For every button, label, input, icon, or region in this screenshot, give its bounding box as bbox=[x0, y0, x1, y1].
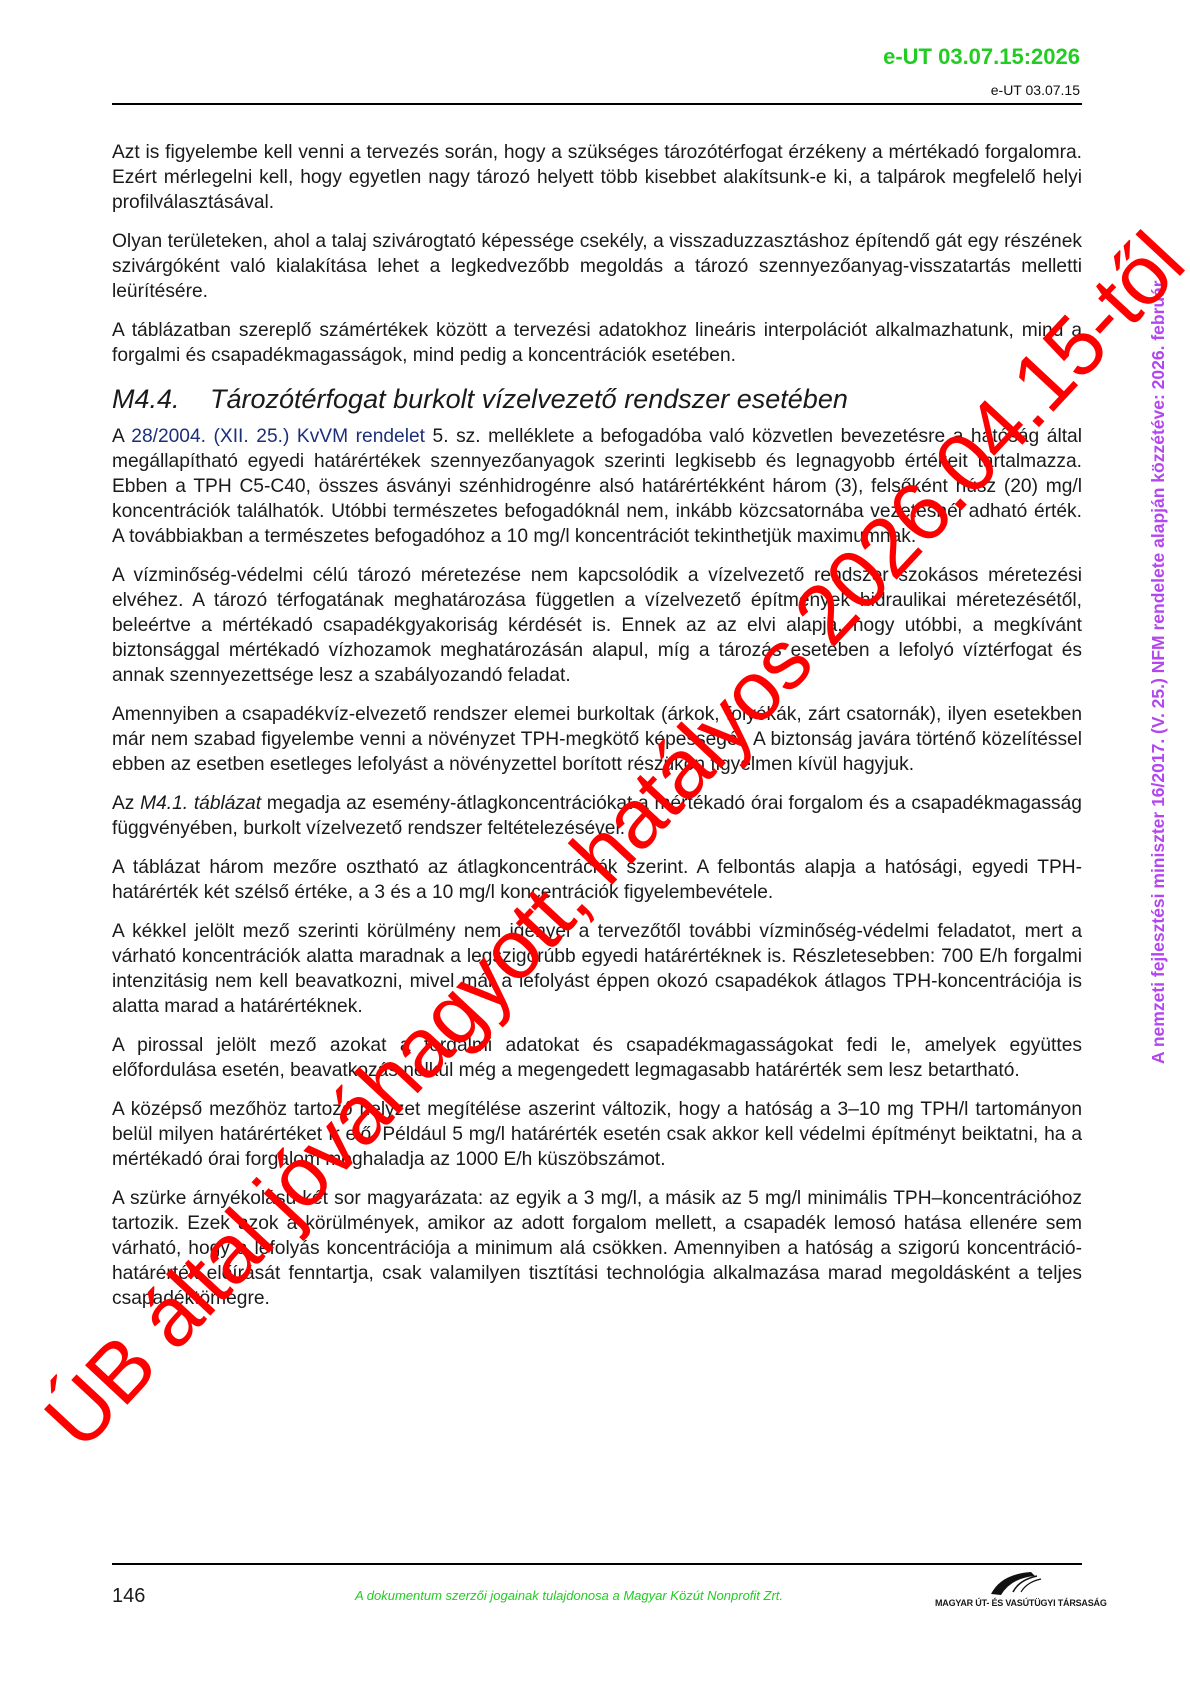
road-arc-logo-icon bbox=[987, 1568, 1047, 1596]
logo-text: MAGYAR ÚT- ÉS VASÚTÜGYI TÁRSASÁG bbox=[935, 1598, 1107, 1608]
paragraph: Azt is figyelembe kell venni a tervezés … bbox=[112, 140, 1082, 215]
text: A bbox=[112, 426, 131, 447]
footer-rule bbox=[112, 1563, 1082, 1565]
header-rule bbox=[112, 103, 1082, 105]
page-number: 146 bbox=[112, 1585, 145, 1608]
section-number: M4.4. bbox=[112, 382, 210, 416]
paragraph: A pirossal jelölt mező azokat a forgalmi… bbox=[112, 1033, 1082, 1083]
paragraph: Amennyiben a csapadékvíz-elvezető rendsz… bbox=[112, 702, 1082, 777]
section-heading: M4.4.Tározótérfogat burkolt vízelvezető … bbox=[112, 382, 1082, 416]
header-running-head: e-UT 03.07.15 bbox=[991, 82, 1080, 98]
page-body: Azt is figyelembe kell venni a tervezés … bbox=[112, 140, 1082, 1325]
paragraph: A táblázatban szereplő számértékek közöt… bbox=[112, 318, 1082, 368]
paragraph: A vízminőség-védelmi célú tározó méretez… bbox=[112, 563, 1082, 688]
publisher-logo: MAGYAR ÚT- ÉS VASÚTÜGYI TÁRSASÁG bbox=[935, 1568, 1083, 1608]
footer-copyright: A dokumentum szerzői jogainak tulajdonos… bbox=[355, 1588, 783, 1603]
table-reference: M4.1. táblázat bbox=[140, 793, 261, 814]
header-standard-code: e-UT 03.07.15:2026 bbox=[883, 44, 1080, 70]
regulation-link[interactable]: 28/2004. (XII. 25.) KvVM rendelet bbox=[131, 426, 425, 447]
section-title: Tározótérfogat burkolt vízelvezető rends… bbox=[210, 384, 848, 414]
vertical-publication-notice: A nemzeti fejlesztési miniszter 16/2017.… bbox=[1148, 280, 1169, 1064]
paragraph: A kékkel jelölt mező szerinti körülmény … bbox=[112, 919, 1082, 1019]
paragraph: Olyan területeken, ahol a talaj szivárog… bbox=[112, 229, 1082, 304]
text: Az bbox=[112, 793, 140, 814]
